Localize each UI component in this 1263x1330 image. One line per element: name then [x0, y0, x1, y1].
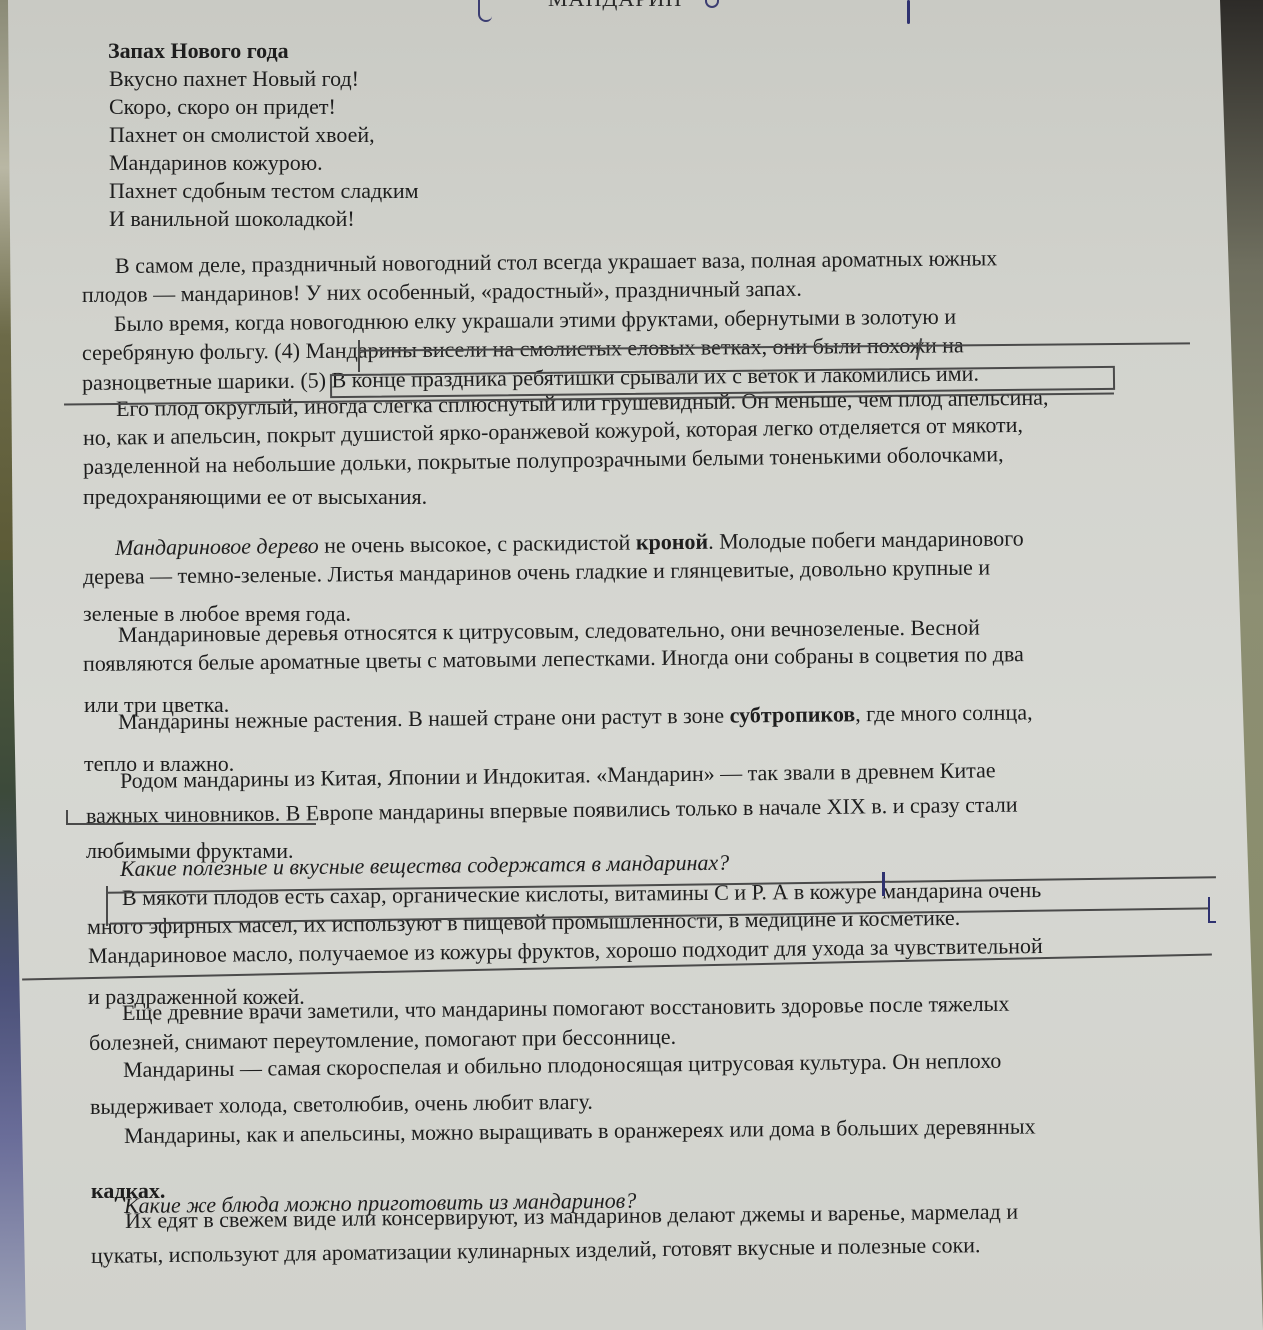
- poem-line: И ванильной шоколадкой!: [109, 208, 355, 230]
- text-line: Мандариновое масло, получаемое из кожуры…: [88, 935, 1043, 967]
- text-line: Родом мандарины из Китая, Японии и Индок…: [120, 759, 996, 792]
- poem-line: Мандаринов кожурою.: [109, 152, 323, 174]
- pen-mark: [907, 0, 910, 24]
- text-line: дерева — темно-зеленые. Листья мандарино…: [83, 557, 990, 588]
- text-line: цукаты, используют для ароматизации кули…: [91, 1234, 981, 1267]
- text-line: плодов — мандаринов! У них особенный, «р…: [82, 278, 802, 306]
- pencil-bracket: [66, 810, 68, 824]
- bold-term: кроной: [636, 529, 709, 555]
- text-line: болезней, снимают переутомление, помогаю…: [89, 1026, 676, 1054]
- poem-line: Вкусно пахнет Новый год!: [109, 68, 359, 90]
- poem-line: Скоро, скоро он придет!: [109, 96, 336, 118]
- text-line: предохраняющими ее от высыхания.: [83, 486, 427, 508]
- poem-title: Запах Нового года: [108, 40, 289, 62]
- text-line: Мандарины — самая скороспелая и обильно …: [123, 1050, 1002, 1081]
- text-line: важных чиновников. В Европе мандарины вп…: [86, 794, 1018, 827]
- text-span: Мандарины нежные растения. В нашей стран…: [118, 703, 730, 734]
- bold-term: субтропиков: [730, 701, 856, 727]
- pencil-bracket: [106, 886, 108, 926]
- text-line: выдерживает холода, светолюбив, очень лю…: [90, 1091, 593, 1118]
- text-span: , где много солнца,: [855, 699, 1033, 726]
- poem-line: Пахнет он смолистой хвоей,: [109, 124, 375, 146]
- text-line: разделенной на небольшие дольки, покрыты…: [83, 443, 1004, 478]
- text-line-mixed: Мандариновое дерево не очень высокое, с …: [115, 527, 1024, 559]
- pencil-bracket: [358, 340, 360, 372]
- text-line: В самом деле, праздничный новогодний сто…: [115, 247, 997, 277]
- text-line: Мандариновые деревья относятся к цитрусо…: [118, 616, 980, 646]
- page-title: МАНДАРИН: [548, 0, 682, 12]
- italic-term: Мандариновое дерево: [115, 533, 319, 560]
- text-span: не очень высокое, с раскидистой: [319, 530, 636, 558]
- pen-mark: [705, 0, 719, 8]
- text-line: появляются белые ароматные цветы с матов…: [83, 643, 1024, 675]
- question-heading: Какие полезные и вкусные вещества содерж…: [120, 852, 729, 880]
- pencil-underline: [66, 823, 316, 825]
- pen-bracket: [1208, 897, 1216, 923]
- poem-line: Пахнет сдобным тестом сладким: [109, 180, 419, 202]
- pen-divider: [882, 872, 885, 896]
- text-line: Было время, когда новогоднюю елку украша…: [114, 306, 956, 335]
- pen-mark: [478, 0, 492, 22]
- text-line: Мандарины, как и апельсины, можно выращи…: [124, 1115, 1036, 1147]
- text-span: . Молодые побеги мандаринового: [708, 525, 1024, 553]
- text-line-mixed: Мандарины нежные растения. В нашей стран…: [118, 701, 1033, 733]
- document-page: МАНДАРИН Запах Нового года Вкусно пахнет…: [0, 0, 1263, 1330]
